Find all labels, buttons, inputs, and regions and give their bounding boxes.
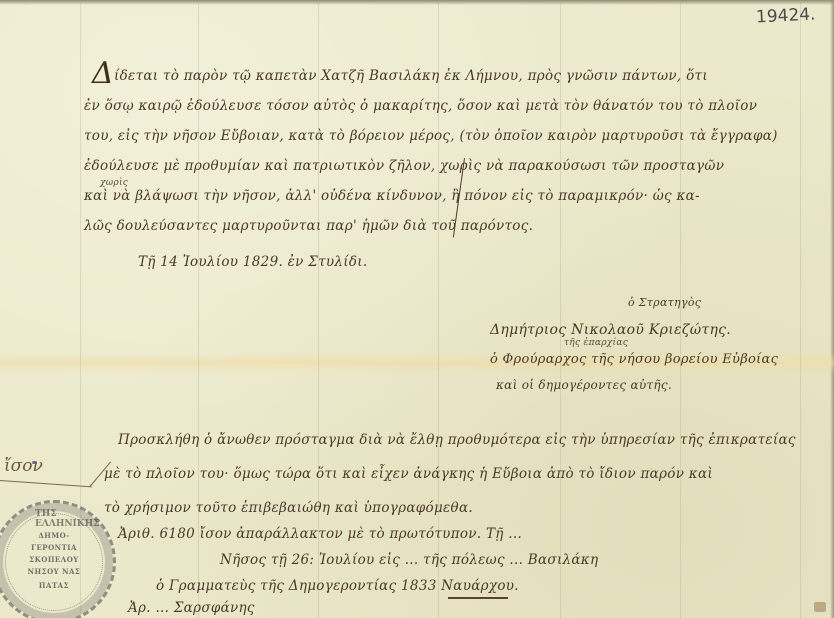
signature-line-3: καὶ οἱ δημογέροντες αὐτῆς. xyxy=(496,378,672,392)
decorative-initial: Δ xyxy=(92,56,114,91)
paper-chain-line xyxy=(680,0,681,618)
postscript-line-1: Προσκλήθη ὁ ἄνωθεν πρόσταγμα διὰ νὰ ἔλθῃ… xyxy=(118,432,796,448)
official-seal-stamp: ΤΗΣ ΕΛΛΗΝΙΚΗΣ ΔΗΜΟ- ΓΕΡΟΝΤΙΑ ΣΚΟΠΕΛΟΥ ΝΗ… xyxy=(0,500,116,618)
seal-text-line: ΠΑΤΑΣ xyxy=(0,581,113,590)
seal-text-line: ΓΕΡΟΝΤΙΑ xyxy=(0,543,113,552)
paper-chain-line xyxy=(800,0,801,618)
date-line: Τῇ 14 Ἰουλίου 1829. ἐν Στυλίδι. xyxy=(138,254,367,270)
postscript-line-5: Νῆσος τῇ 26: Ἰουλίου εἰς ... τῆς πόλεως … xyxy=(220,552,598,568)
postscript-line-3: τὸ χρήσιμον τοῦτο ἐπιβεβαιώθη καὶ ὑπογρα… xyxy=(104,500,473,516)
body-line-6: λῶς δουλεύσαντες μαρτυροῦνται παρ' ἡμῶν … xyxy=(84,218,533,234)
signature-line-2: ὁ Φρούραρχος τῆς νήσου βορείου Εὐβοίας xyxy=(490,352,778,367)
postscript-line-7: Ἀρ. ... Σαρσφάνης xyxy=(128,600,255,616)
year-underline xyxy=(448,597,508,599)
paper-smudge xyxy=(814,602,826,612)
seal-text-line: ΔΗΜΟ- xyxy=(0,531,113,540)
paper-chain-line xyxy=(560,0,561,618)
signature-title: ὁ Στρατηγὸς xyxy=(628,296,701,309)
postscript-line-4: Ἀριθ. 6180 ἴσον ἀπαράλλακτον μὲ τὸ πρωτό… xyxy=(118,526,522,542)
body-line-3: του, εἰς τὴν νῆσον Εὔβοιαν, κατὰ τὸ βόρε… xyxy=(84,128,778,144)
seal-ring-text: ΤΗΣ ΕΛΛΗΝΙΚΗΣ xyxy=(35,509,113,529)
postscript-line-6: ὁ Γραμματεὺς τῆς Δημογεροντίας 1833 Ναυά… xyxy=(156,578,519,594)
body-line-1: ίδεται τὸ παρὸν τῷ καπετὰν Χατζῆ Βασιλάκ… xyxy=(114,68,708,84)
archive-number: 19424. xyxy=(756,4,816,27)
paper-top-edge-shadow xyxy=(0,0,834,5)
seal-text-line: ΝΗΣΟΥ ΝΑΣ xyxy=(0,567,113,576)
body-line-4: ἐδούλευσε μὲ προθυμίαν καὶ πατριωτικὸν ζ… xyxy=(84,158,724,174)
margin-note: ἴσον xyxy=(4,456,43,476)
body-line-2: ἐν ὅσῳ καιρῷ ἐδούλευσε τόσον αὐτὸς ὁ μακ… xyxy=(84,98,757,114)
interlinear-note: χωρὶς xyxy=(100,178,128,188)
signature-name: Δημήτριος Νικολαοῦ Κριεζώτης. xyxy=(490,322,731,338)
postscript-line-2: μὲ τὸ πλοῖον του· ὅμως τώρα ὅτι καὶ εἶχε… xyxy=(104,466,713,482)
body-line-5: καὶ νὰ βλάψωσι τὴν νῆσον, ἀλλ' οὐδένα κί… xyxy=(84,188,700,204)
signature-interlinear: τῆς ἐπαρχίας xyxy=(564,338,628,348)
seal-text-line: ΣΚΟΠΕΛΟΥ xyxy=(0,555,113,564)
margin-note-bracket xyxy=(0,480,92,487)
paper-right-edge-shadow xyxy=(830,0,834,618)
scanned-manuscript-page: 19424. Δ ίδεται τὸ παρὸν τῷ καπετὰν Χατζ… xyxy=(0,0,834,618)
